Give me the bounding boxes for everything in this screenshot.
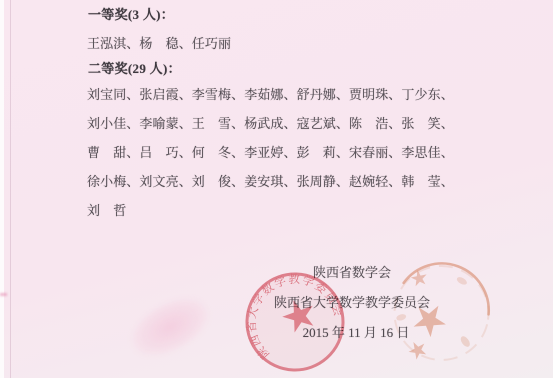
official-seal-stamp: 陕西省大学数学教学委员会 [240,267,350,377]
ink-blotch [456,276,469,287]
scan-fold-line [10,0,11,378]
ink-speck [0,293,7,296]
scan-edge-strip [0,0,4,378]
ink-blotch [459,335,472,349]
faint-seal-top-arc [401,254,498,314]
second-prize-heading: 二等奖(29 人)： [88,62,181,76]
second-prize-names-line-1: 刘宝同、张启霞、李雪梅、李茹娜、舒丹娜、贾明珠、丁少东、 [87,88,454,102]
star-icon [408,297,452,340]
faint-seal-ring [385,256,499,370]
faint-seal-stamp [383,252,501,378]
pink-ink-smudge [122,286,219,368]
second-prize-names-line-3: 曹 甜、吕 巧、何 冬、李亚婷、彭 莉、宋春丽、李思佳、 [87,146,454,160]
second-prize-names-line-4: 徐小梅、刘文亮、刘 俊、姜安琪、张周静、赵婉轻、韩 莹、 [87,175,454,189]
scanned-award-document: 一等奖(3 人)： 王泓淇、杨 稳、任巧丽 二等奖(29 人)： 刘宝同、张启霞… [0,0,553,378]
ink-blotch [396,313,407,322]
first-prize-heading: 一等奖(3 人)： [88,8,174,22]
second-prize-names-line-2: 刘小佳、李喻蒙、王 雪、杨武成、寇艺斌、陈 浩、张 笑、 [87,117,454,131]
second-prize-names-line-5: 刘 哲 [87,204,126,218]
first-prize-names: 王泓淇、杨 稳、任巧丽 [87,37,231,51]
